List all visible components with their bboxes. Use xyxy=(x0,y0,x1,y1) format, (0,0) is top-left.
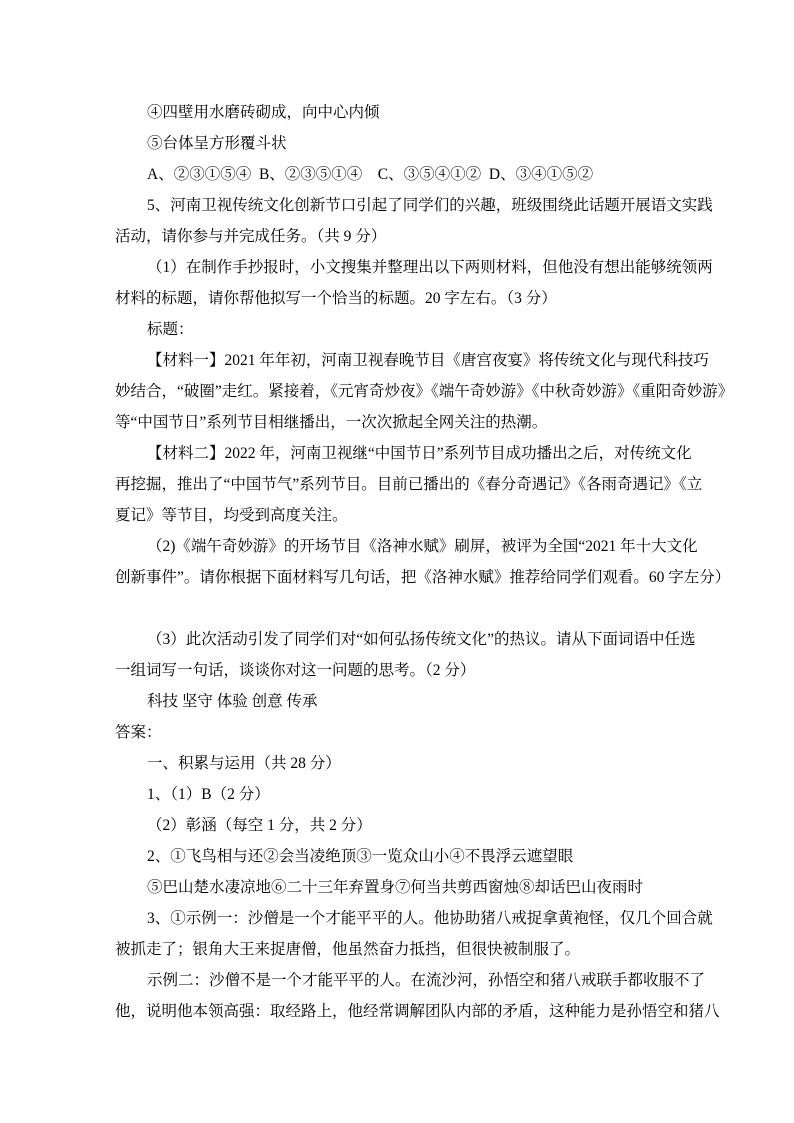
document-page: ④四壁用水磨砖砌成，向中心内倾 ⑤台体呈方形覆斗状 A、②③①⑤④ B、②③⑤①… xyxy=(0,0,794,1123)
doc-line-title-label: 标题： xyxy=(115,314,715,345)
doc-line-answer3-3: 示例二：沙僧不是一个才能平平的人。在流沙河，孙悟空和猪八戒联手都收服不了 xyxy=(115,965,715,996)
doc-line-section1-heading: 一、积累与运用（共 28 分） xyxy=(115,748,715,779)
doc-line-material1-3: 等“中国节日”系列节目相继播出，一次次掀起全网关注的热潮。 xyxy=(115,407,715,438)
doc-line-q5-part1-1: （1）在制作手抄报时，小文搜集并整理出以下两则材料，但他没有想出能够统领两 xyxy=(115,252,715,283)
doc-line-q5-part1-2: 材料的标题，请你帮他拟写一个恰当的标题。20 字左右。（3 分） xyxy=(115,283,715,314)
doc-line-material1-2: 妙结合，“破圈”走红。紧接着，《元宵奇炒夜》《端午奇妙游》《中秋奇妙游》《重阳奇… xyxy=(115,376,715,407)
doc-line-q5-part2-1: （2)《端午奇妙游》的开场节目《洛神水赋》刷屏，被评为全国“2021 年十大文化 xyxy=(115,531,715,562)
doc-line-q5-part3-2: 一组词写一句话，谈谈你对这一问题的思考。（2 分） xyxy=(115,655,715,686)
doc-line-answer2-1: 2、①飞鸟相与还②会当凌绝顶③一览众山小④不畏浮云遮望眼 xyxy=(115,841,715,872)
doc-line-answer3-4: 他，说明他本领高强：取经路上，他经常调解团队内部的矛盾，这种能力是孙悟空和猪八 xyxy=(115,996,715,1027)
doc-line-answer2-2: ⑤巴山楚水凄凉地⑥二十三年弃置身⑦何当共剪西窗烛⑧却话巴山夜雨时 xyxy=(115,872,715,903)
blank-line-spacer xyxy=(115,593,715,624)
doc-line-material1-1: 【材料一】2021 年年初，河南卫视春晚节目《唐宫夜宴》将传统文化与现代科技巧 xyxy=(115,345,715,376)
document-text-block: ④四壁用水磨砖砌成，向中心内倾 ⑤台体呈方形覆斗状 A、②③①⑤④ B、②③⑤①… xyxy=(115,97,715,1027)
doc-line-material2-2: 再挖掘，推出了“中国节气”系列节目。目前已播出的《春分奇遇记》《各雨奇遇记》《立 xyxy=(115,469,715,500)
doc-line-choices-abcd: A、②③①⑤④ B、②③⑤①④ C、③⑤④①② D、③④①⑤② xyxy=(115,159,715,190)
doc-line-item5: ⑤台体呈方形覆斗状 xyxy=(115,128,715,159)
doc-line-q5-intro-1: 5、河南卫视传统文化创新节口引起了同学们的兴趣，班级围绕此话题开展语文实践 xyxy=(115,190,715,221)
doc-line-answer3-2: 被抓走了；银角大王来捉唐僧，他虽然奋力抵挡，但很快被制服了。 xyxy=(115,934,715,965)
doc-line-material2-3: 夏记》等节目，均受到高度关注。 xyxy=(115,500,715,531)
doc-line-word-list: 科技 坚守 体验 创意 传承 xyxy=(115,686,715,717)
doc-line-answers-heading: 答案： xyxy=(115,717,715,748)
doc-line-q5-part3-1: （3）此次活动引发了同学们对“如何弘扬传统文化”的热议。请从下面词语中任选 xyxy=(115,624,715,655)
doc-line-answer3-1: 3、①示例一：沙僧是一个才能平平的人。他协助猪八戒捉拿黄袍怪，仅几个回合就 xyxy=(115,903,715,934)
doc-line-answer1-1: 1、（1）B（2 分） xyxy=(115,779,715,810)
doc-line-q5-intro-2: 活动，请你参与并完成任务。（共 9 分） xyxy=(115,221,715,252)
doc-line-material2-1: 【材料二】2022 年，河南卫视继“中国节日”系列节目成功播出之后，对传统文化 xyxy=(115,438,715,469)
doc-line-item4: ④四壁用水磨砖砌成，向中心内倾 xyxy=(115,97,715,128)
doc-line-q5-part2-2: 创新事件”。请你根据下面材料写几句话，把《洛神水赋》推荐给同学们观看。60 字左… xyxy=(115,562,715,593)
doc-line-answer1-2: （2）彰涵（每空 1 分，共 2 分） xyxy=(115,810,715,841)
